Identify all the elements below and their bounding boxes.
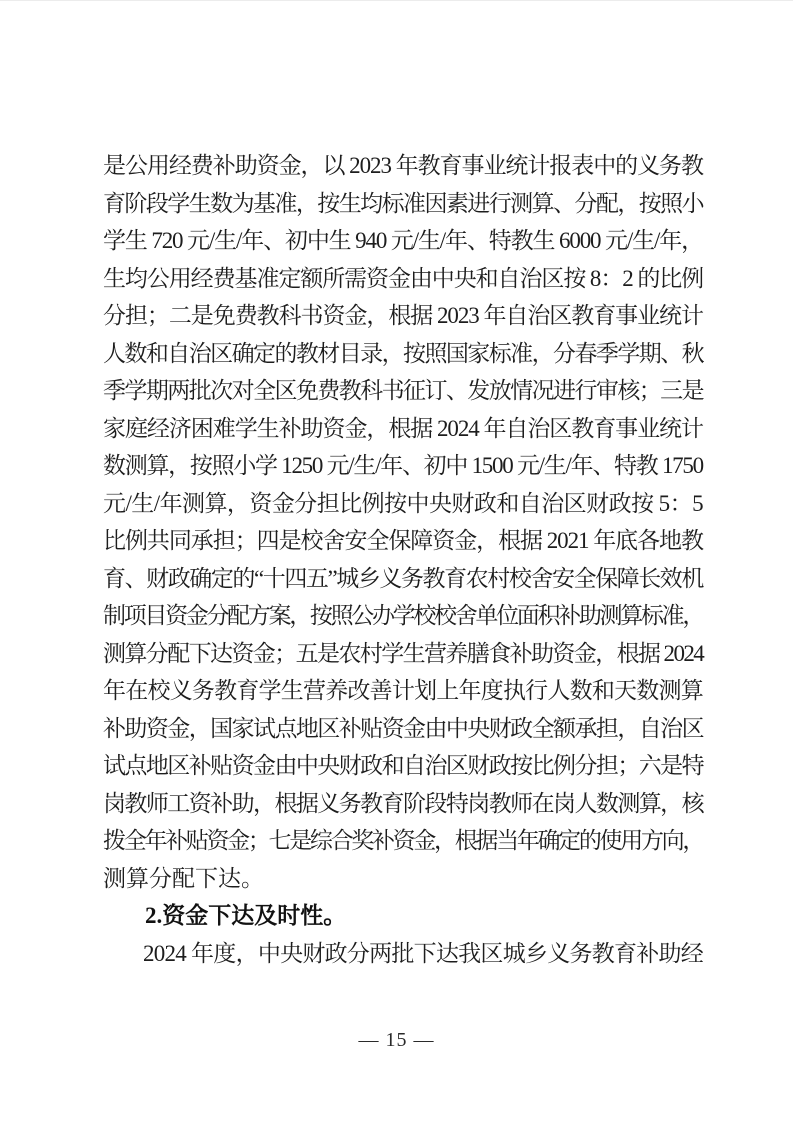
text-line: 分担；二是免费教科书资金，根据 2023 年自治区教育事业统计: [103, 297, 703, 335]
text-line-content: 生均公用经费基准定额所需资金由中央和自治区按 8：2 的比例: [103, 260, 703, 298]
page-footer: — 15 —: [0, 1029, 793, 1052]
text-line: 元/生/年测算，资金分担比例按中央财政和自治区财政按 5：5: [103, 485, 703, 523]
text-line-content: 2024 年度，中央财政分两批下达我区城乡义务教育补助经: [143, 935, 703, 973]
text-line-content: 补助资金，国家试点地区补贴资金由中央财政全额承担，自治区: [103, 710, 703, 748]
page-number: — 15 —: [359, 1029, 435, 1051]
text-line-content: 试点地区补贴资金由中央财政和自治区财政按比例分担；六是特: [103, 747, 703, 785]
text-line-content: 岗教师工资补助，根据义务教育阶段特岗教师在岗人数测算，核: [103, 785, 703, 823]
text-line: 是公用经费补助资金，以 2023 年教育事业统计报表中的义务教: [103, 147, 703, 185]
text-line-content: 季学期两批次对全区免费教科书征订、发放情况进行审核；三是: [103, 372, 703, 410]
text-line: 岗教师工资补助，根据义务教育阶段特岗教师在岗人数测算，核: [103, 785, 703, 823]
text-line-content: 育、财政确定的“十四五”城乡义务教育农村校舍安全保障长效机: [103, 560, 703, 598]
text-line-content: 测算分配下达。: [103, 860, 264, 898]
text-line: 拨全年补贴资金；七是综合奖补资金，根据当年确定的使用方向，: [103, 822, 703, 860]
text-line: 测算分配下达。: [103, 860, 703, 898]
text-line-content: 家庭经济困难学生补助资金，根据 2024 年自治区教育事业统计: [103, 410, 703, 448]
text-line-content: 数测算，按照小学 1250 元/生/年、初中 1500 元/生/年、特教 175…: [103, 447, 703, 485]
text-line-content: 比例共同承担；四是校舍安全保障资金，根据 2021 年底各地教: [103, 522, 703, 560]
text-line: 测算分配下达资金；五是农村学生营养膳食补助资金，根据 2024: [103, 635, 703, 673]
paragraph2-first-line: 2024 年度，中央财政分两批下达我区城乡义务教育补助经: [103, 935, 703, 973]
text-line-content: 学生 720 元/生/年、初中生 940 元/生/年、特教生 6000 元/生/…: [103, 222, 703, 260]
text-block: 是公用经费补助资金，以 2023 年教育事业统计报表中的义务教 育阶段学生数为基…: [103, 147, 703, 972]
text-line: 比例共同承担；四是校舍安全保障资金，根据 2021 年底各地教: [103, 522, 703, 560]
text-line: 制项目资金分配方案，按照公办学校校舍单位面积补助测算标准，: [103, 597, 703, 635]
document-page: 是公用经费补助资金，以 2023 年教育事业统计报表中的义务教 育阶段学生数为基…: [0, 0, 793, 1123]
text-line-content: 制项目资金分配方案，按照公办学校校舍单位面积补助测算标准，: [103, 597, 703, 635]
section-heading-text: 2.资金下达及时性。: [145, 897, 346, 935]
text-line: 育、财政确定的“十四五”城乡义务教育农村校舍安全保障长效机: [103, 560, 703, 598]
text-line-content: 分担；二是免费教科书资金，根据 2023 年自治区教育事业统计: [103, 297, 703, 335]
text-line: 人数和自治区确定的教材目录，按照国家标准，分春季学期、秋: [103, 335, 703, 373]
text-line-content: 元/生/年测算，资金分担比例按中央财政和自治区财政按 5：5: [103, 485, 703, 523]
text-line-content: 育阶段学生数为基准，按生均标准因素进行测算、分配，按照小: [103, 185, 703, 223]
text-line: 学生 720 元/生/年、初中生 940 元/生/年、特教生 6000 元/生/…: [103, 222, 703, 260]
section-heading: 2.资金下达及时性。: [103, 897, 703, 935]
text-line-content: 人数和自治区确定的教材目录，按照国家标准，分春季学期、秋: [103, 335, 703, 373]
text-line: 补助资金，国家试点地区补贴资金由中央财政全额承担，自治区: [103, 710, 703, 748]
text-line: 育阶段学生数为基准，按生均标准因素进行测算、分配，按照小: [103, 185, 703, 223]
text-line: 数测算，按照小学 1250 元/生/年、初中 1500 元/生/年、特教 175…: [103, 447, 703, 485]
text-line: 年在校义务教育学生营养改善计划上年度执行人数和天数测算: [103, 672, 703, 710]
text-line-content: 年在校义务教育学生营养改善计划上年度执行人数和天数测算: [103, 672, 703, 710]
text-line-content: 测算分配下达资金；五是农村学生营养膳食补助资金，根据 2024: [103, 635, 703, 673]
text-line: 家庭经济困难学生补助资金，根据 2024 年自治区教育事业统计: [103, 410, 703, 448]
text-line: 试点地区补贴资金由中央财政和自治区财政按比例分担；六是特: [103, 747, 703, 785]
text-line-content: 拨全年补贴资金；七是综合奖补资金，根据当年确定的使用方向，: [103, 822, 703, 860]
text-line-content: 是公用经费补助资金，以 2023 年教育事业统计报表中的义务教: [103, 147, 703, 185]
text-line: 季学期两批次对全区免费教科书征订、发放情况进行审核；三是: [103, 372, 703, 410]
text-line: 生均公用经费基准定额所需资金由中央和自治区按 8：2 的比例: [103, 260, 703, 298]
